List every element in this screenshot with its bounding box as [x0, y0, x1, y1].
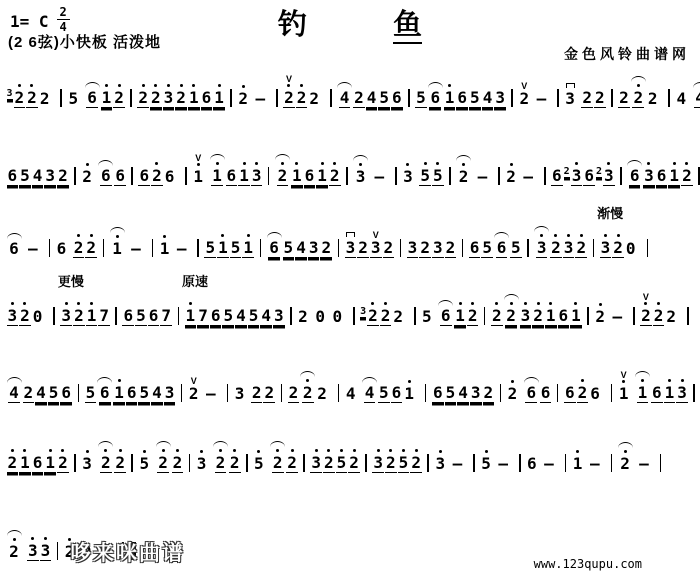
note-marks — [494, 224, 509, 239]
note-digit: 4 — [295, 239, 307, 258]
note: 4 — [235, 292, 247, 326]
note-marks — [77, 224, 80, 239]
note: 7 — [160, 292, 172, 326]
note: 6 — [210, 292, 222, 326]
note: 3 — [470, 369, 482, 403]
note: 6 — [304, 152, 316, 186]
note-digit: 3 — [355, 168, 367, 186]
note-digit: 2 — [467, 307, 479, 326]
octave-dot — [192, 84, 195, 87]
note-digit: 1 — [238, 167, 250, 186]
dash-extension: — — [638, 440, 650, 473]
barline — [53, 307, 55, 325]
note-digit: 3 — [310, 454, 322, 473]
note: 2 — [251, 369, 263, 403]
note-digit: 2 — [137, 89, 149, 108]
octave-dot — [306, 379, 309, 382]
note-marks — [85, 74, 100, 89]
note: 6 — [98, 152, 113, 186]
barline — [660, 454, 662, 472]
note-digit: 6 — [456, 89, 468, 108]
note: 5 — [222, 292, 234, 326]
octave-dot — [180, 84, 183, 87]
note-marks — [77, 292, 80, 307]
octave-dot — [23, 302, 26, 305]
note-marks — [243, 152, 246, 167]
octave-dot — [637, 84, 640, 87]
note-digit: 3 — [81, 455, 93, 473]
octave-dot — [61, 449, 64, 452]
dash-extension: — — [27, 225, 39, 258]
octave-dot — [644, 302, 647, 305]
note-digit: 6 — [138, 167, 150, 186]
slur-arc-icon — [270, 441, 285, 447]
note-marks — [524, 292, 527, 307]
slur-arc-icon — [210, 154, 225, 160]
note: 2 — [647, 75, 659, 108]
note-digit: 2 — [229, 454, 241, 473]
note-marks — [566, 75, 575, 90]
note-digit: 5 — [419, 167, 431, 186]
barline — [414, 307, 416, 325]
down-bow-icon — [346, 232, 355, 237]
barline — [544, 167, 546, 185]
octave-dot — [668, 379, 671, 382]
note-marks — [61, 439, 64, 454]
note-digit: 6 — [304, 167, 316, 186]
note-marks — [255, 152, 258, 167]
note-digit: 2 — [532, 307, 544, 326]
note-digit: 3 — [345, 239, 357, 258]
octave-dot — [389, 449, 392, 452]
note: 4 — [457, 369, 469, 403]
barline — [185, 167, 187, 185]
note: 2 — [270, 439, 285, 473]
barline — [668, 89, 670, 107]
note-digit: 2 — [302, 384, 314, 403]
note-marks — [143, 440, 146, 455]
note-digit: 6 — [56, 240, 68, 258]
note-marks — [617, 224, 620, 239]
note-marks — [511, 370, 514, 385]
note-digit: 2 — [357, 239, 369, 258]
note-marks — [189, 292, 192, 307]
note: 3 — [7, 292, 19, 326]
note: 5 — [445, 369, 457, 403]
note-digit: 3 — [563, 239, 575, 258]
note-marks — [315, 439, 318, 454]
slur-arc-icon — [156, 441, 171, 447]
note: 2 — [114, 439, 126, 473]
note: 2 — [316, 370, 328, 403]
octave-dot — [44, 537, 47, 540]
octave-dot — [424, 162, 427, 165]
tempo-annotation-label: 更慢 — [58, 271, 84, 290]
note-marks — [118, 369, 121, 384]
note: 1 — [44, 439, 56, 473]
note-digit: 4 — [339, 89, 351, 108]
note-marks — [438, 292, 453, 307]
note: 2 — [73, 292, 85, 326]
note-marks — [635, 369, 650, 384]
octave-dot — [647, 162, 650, 165]
note-digit: 2 — [8, 543, 20, 561]
note-marks — [155, 152, 158, 167]
note-marks — [607, 152, 610, 167]
rest-note: 0 — [32, 293, 44, 326]
note-digit: 3 — [27, 542, 39, 561]
barline — [260, 239, 262, 257]
note-marks — [90, 292, 93, 307]
note: 1 — [242, 224, 254, 258]
barline — [593, 239, 595, 257]
note-digit: 2 — [277, 167, 289, 186]
note-marks — [23, 439, 26, 454]
note-digit: 5 — [421, 308, 433, 326]
note-digit: 2 — [14, 89, 26, 108]
note-marks — [618, 440, 633, 455]
barline — [462, 239, 464, 257]
note-digit: 5 — [480, 455, 492, 473]
note: 2 — [329, 152, 341, 186]
octave-dot — [77, 234, 80, 237]
barline — [693, 384, 695, 402]
octave-dot — [554, 234, 557, 237]
octave-dot — [599, 303, 602, 306]
note-digit: 2 — [57, 167, 69, 186]
note: 4 — [151, 369, 163, 403]
note: 6 — [56, 225, 68, 258]
note: 3 — [196, 440, 208, 473]
note-marks — [408, 370, 411, 385]
note-digit: 2 — [385, 454, 397, 473]
note-digit: 2 — [491, 307, 503, 326]
barline — [484, 307, 486, 325]
note-digit: — — [497, 455, 509, 473]
note: 1 — [454, 292, 466, 326]
grace-note: 3 — [360, 291, 366, 318]
note-marks — [327, 439, 330, 454]
barline — [611, 384, 613, 402]
note-digit: 5 — [138, 384, 150, 403]
note-digit: 3 — [494, 89, 506, 108]
barline — [276, 89, 278, 107]
barline — [78, 384, 80, 402]
note-digit: 2 — [157, 454, 169, 473]
note-digit: 2 — [297, 308, 309, 326]
note-digit: 3 — [564, 90, 576, 108]
note-marks — [406, 153, 409, 168]
note-digit: 1 — [185, 307, 197, 326]
note-digit: 2 — [392, 308, 404, 326]
note-marks — [275, 152, 290, 167]
octave-dot — [471, 302, 474, 305]
note: 6 — [627, 152, 642, 186]
dash-extension: — — [536, 75, 548, 108]
note: 2 — [19, 292, 31, 326]
note-digit: 1 — [545, 307, 557, 326]
note: 5 — [419, 152, 431, 186]
note: 2 — [229, 439, 241, 473]
note: 1 — [19, 439, 31, 473]
octave-dot — [167, 84, 170, 87]
barline — [647, 239, 649, 257]
note-digit: 4 — [235, 307, 247, 326]
slur-arc-icon — [353, 155, 368, 161]
note-digit: 1 — [403, 385, 415, 403]
note-digit: 5 — [445, 384, 457, 403]
note-marks — [377, 439, 380, 454]
note-marks — [575, 152, 578, 167]
note-marks — [371, 292, 374, 307]
octave-dot — [233, 449, 236, 452]
note-digit: 2 — [73, 307, 85, 326]
slur-arc-icon — [7, 530, 22, 536]
note-digit: 2 — [594, 89, 606, 108]
note: 2 — [665, 293, 677, 326]
note-marks — [681, 369, 684, 384]
note-digit: 2 — [632, 89, 644, 108]
note: 2 — [681, 152, 693, 186]
note-digit: 2 — [383, 239, 395, 258]
note-digit: 0 — [32, 308, 44, 326]
note-digit: 2 — [237, 90, 249, 108]
note-digit: 3 — [434, 455, 446, 473]
note-marks — [200, 440, 203, 455]
note-digit: — — [543, 455, 555, 473]
octave-dot — [90, 302, 93, 305]
note-marks — [49, 439, 52, 454]
note-digit: 2 — [380, 307, 392, 326]
octave-dot — [402, 449, 405, 452]
note-marks — [11, 439, 14, 454]
note: 7 — [98, 292, 110, 326]
note-marks — [44, 527, 47, 542]
note-marks — [362, 369, 377, 384]
note-marks: V — [195, 153, 201, 168]
down-bow-icon — [566, 83, 575, 88]
note-digit: 2 — [73, 239, 85, 258]
note-digit: 2 — [308, 90, 320, 108]
octave-dot — [510, 302, 513, 305]
note: 6 — [428, 74, 443, 108]
note-digit: 6 — [496, 239, 508, 258]
note-digit: 2 — [577, 384, 589, 403]
octave-dot — [333, 162, 336, 165]
note-digit: 1 — [213, 89, 225, 108]
note-digit: 6 — [589, 385, 601, 403]
barline — [557, 89, 559, 107]
note-digit: 2 — [19, 307, 31, 326]
note-digit: 3 — [360, 306, 366, 318]
note: 2 — [483, 369, 495, 403]
grace-note: 2 — [564, 151, 570, 178]
octave-dot — [86, 163, 89, 166]
octave-dot — [567, 234, 570, 237]
note-digit: 2 — [39, 90, 51, 108]
note: 2 — [456, 153, 471, 186]
note: 6 — [267, 224, 282, 258]
note-digit: 2 — [647, 90, 659, 108]
note-digit: 6 — [60, 384, 72, 403]
note: 5 — [138, 440, 150, 473]
note-marks — [295, 152, 298, 167]
note: 2 — [175, 74, 187, 108]
note: 5 — [135, 292, 147, 326]
slur-arc-icon — [275, 154, 290, 160]
note-digit: 1 — [86, 307, 98, 326]
barline — [698, 167, 700, 185]
note: V2 — [640, 292, 652, 326]
note-marks — [118, 74, 121, 89]
octave-dot — [247, 234, 250, 237]
barline — [60, 89, 62, 107]
note-digit: 2 — [564, 166, 570, 178]
score-line: 320更慢32176567原速1765454320032225612223216… — [6, 278, 694, 326]
note-marks — [257, 440, 260, 455]
note-digit: 1 — [44, 454, 56, 473]
octave-dot — [197, 163, 200, 166]
note-digit: 2 — [419, 239, 431, 258]
rest-note: 0 — [314, 293, 326, 326]
note: 6 — [558, 292, 570, 326]
barline — [57, 542, 59, 560]
note-digit: 3 — [251, 167, 263, 186]
barline — [281, 384, 283, 402]
note: 2 — [323, 439, 335, 473]
note-digit: 5 — [469, 89, 481, 108]
note: 6 — [97, 369, 112, 403]
note-marks — [7, 225, 22, 240]
octave-dot — [77, 302, 80, 305]
note-marks — [627, 152, 642, 167]
note-digit: 5 — [230, 239, 242, 258]
note-digit: 2 — [681, 167, 693, 186]
note: 1 — [668, 152, 680, 186]
barline — [74, 454, 76, 472]
note: 2 — [581, 74, 593, 108]
note-marks — [300, 369, 315, 384]
note-digit: 2 — [483, 384, 495, 403]
note: 5 — [432, 152, 444, 186]
barline — [611, 89, 613, 107]
title-char-2: 鱼 — [393, 9, 422, 44]
barline — [565, 454, 567, 472]
note-marks — [554, 224, 557, 239]
note-digit: 6 — [268, 239, 280, 258]
note-marks — [337, 74, 352, 89]
note: 3 — [273, 292, 285, 326]
note-marks — [110, 225, 125, 240]
note: 6 — [164, 153, 176, 186]
score-line: 3222561222321612—V222424565616543V2—3222… — [6, 60, 700, 108]
note-digit: 4 — [364, 384, 376, 403]
note-marks — [156, 439, 171, 454]
note-digit: 1 — [570, 307, 582, 326]
note: 2 — [57, 152, 69, 186]
note: 3 — [81, 440, 93, 473]
note-marks: V — [191, 370, 197, 385]
note-marks — [389, 439, 392, 454]
slur-arc-icon — [300, 371, 315, 377]
note: 6 — [32, 439, 44, 473]
note: 2 — [577, 369, 589, 403]
note-digit: 2 — [653, 307, 665, 326]
note: 1 — [570, 292, 582, 326]
octave-dot — [295, 162, 298, 165]
barline — [130, 89, 132, 107]
note: 2 — [348, 439, 360, 473]
note-marks — [90, 224, 93, 239]
note-digit: 6 — [429, 89, 441, 108]
note: 7 — [197, 292, 209, 326]
note: 3 — [534, 224, 549, 258]
octave-dot — [673, 162, 676, 165]
note-marks — [537, 292, 540, 307]
barline — [365, 454, 367, 472]
octave-dot — [65, 302, 68, 305]
note: 3 — [432, 224, 444, 258]
barline — [178, 307, 180, 325]
barline — [633, 307, 635, 325]
note: 2 — [594, 293, 606, 326]
octave-dot — [315, 449, 318, 452]
note-marks — [98, 439, 113, 454]
slur-arc-icon — [534, 226, 549, 232]
note-marks — [346, 224, 355, 239]
note-marks: V — [643, 292, 649, 307]
note: 6 — [524, 369, 539, 403]
octave-dot — [439, 450, 442, 453]
dash-extension: — — [522, 153, 534, 186]
note-digit: 6 — [391, 384, 403, 403]
note: 6 — [526, 440, 538, 473]
note-marks — [7, 528, 22, 543]
note-digit: — — [27, 240, 39, 258]
note-digit: 3 — [44, 167, 56, 186]
note: 2 — [81, 153, 93, 186]
note: 2 — [367, 292, 379, 326]
note: 2 — [14, 74, 26, 108]
note-digit: 6 — [432, 384, 444, 403]
note: 4 — [693, 74, 700, 108]
octave-dot — [119, 449, 122, 452]
octave-dot — [221, 234, 224, 237]
slur-arc-icon — [456, 155, 471, 161]
octave-dot — [436, 162, 439, 165]
note-digit: 3 — [308, 239, 320, 258]
note-marks — [218, 74, 221, 89]
octave-dot — [30, 84, 33, 87]
watermark-text: 哆来咪曲谱 — [70, 537, 185, 567]
note: 3 — [494, 74, 506, 108]
note-marks — [580, 224, 583, 239]
note: 1 — [291, 152, 303, 186]
note-marks — [581, 369, 584, 384]
octave-dot — [353, 449, 356, 452]
note-digit: 3 — [676, 384, 688, 403]
note-marks — [353, 439, 356, 454]
note-digit: 6 — [629, 167, 641, 186]
note: 2 — [237, 75, 249, 108]
note: 3 — [564, 75, 576, 108]
dash-extension: — — [255, 75, 267, 108]
barline — [152, 239, 154, 257]
note-digit: 3 — [7, 307, 19, 326]
note-marks — [549, 292, 552, 307]
note-digit: — — [176, 240, 188, 258]
barline — [519, 454, 521, 472]
